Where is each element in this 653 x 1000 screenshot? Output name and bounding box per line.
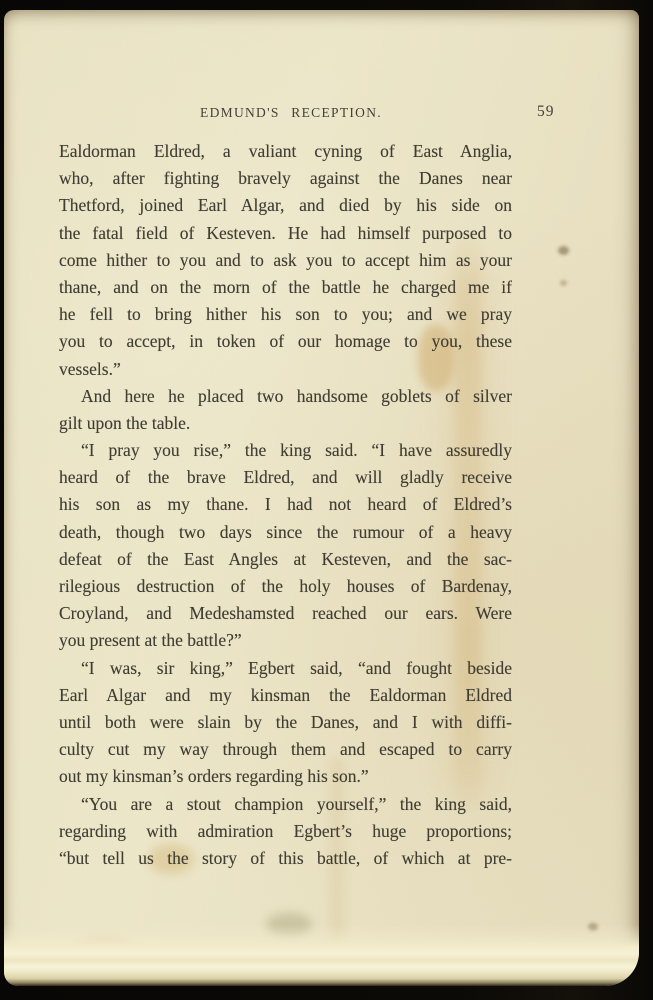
text-line: Croyland, and Medeshamsted reached our e… <box>59 600 512 627</box>
text-line: “I was, sir king,” Egbert said, “and fou… <box>59 655 512 682</box>
text-line: Ealdorman Eldred, a valiant cyning of Ea… <box>59 138 512 165</box>
text-line: “but tell us the story of this battle, o… <box>59 845 512 872</box>
text-line: he fell to bring hither his son to you; … <box>59 301 512 328</box>
book-page: EDMUND'S RECEPTION. 59 Ealdorman Eldred,… <box>4 10 639 986</box>
running-header: EDMUND'S RECEPTION. <box>55 105 527 121</box>
text-line: And here he placed two handsome goblets … <box>59 383 512 410</box>
text-line: until both were slain by the Danes, and … <box>59 709 512 736</box>
stain-dot-right <box>560 280 567 286</box>
header-title: EDMUND'S RECEPTION. <box>200 105 382 120</box>
text-line: out my kinsman’s orders regarding his so… <box>59 763 512 790</box>
text-line: death, though two days since the rumour … <box>59 519 512 546</box>
text-line: gilt upon the table. <box>59 410 512 437</box>
text-line: who, after fighting bravely against the … <box>59 165 512 192</box>
text-line: thane, and on the morn of the battle he … <box>59 274 512 301</box>
text-line: rilegious destruction of the holy houses… <box>59 573 512 600</box>
page-edge-band <box>4 924 639 986</box>
scan-background: EDMUND'S RECEPTION. 59 Ealdorman Eldred,… <box>0 0 653 1000</box>
text-line: defeat of the East Angles at Kesteven, a… <box>59 546 512 573</box>
text-line: heard of the brave Eldred, and will glad… <box>59 464 512 491</box>
text-line: regarding with admiration Egbert’s huge … <box>59 818 512 845</box>
text-line: Earl Algar and my kinsman the Ealdorman … <box>59 682 512 709</box>
text-line: come hither to you and to ask you to acc… <box>59 247 512 274</box>
text-line: you present at the battle?” <box>59 627 512 654</box>
text-line: culty cut my way through them and escape… <box>59 736 512 763</box>
text-line: vessels.” <box>59 356 512 383</box>
text-line: “You are a stout champion yourself,” the… <box>59 791 512 818</box>
text-line: the fatal field of Kesteven. He had hims… <box>59 220 512 247</box>
text-line: his son as my thane. I had not heard of … <box>59 491 512 518</box>
text-line: Thetford, joined Earl Algar, and died by… <box>59 192 512 219</box>
page-number: 59 <box>537 103 555 121</box>
text-line: you to accept, in token of our homage to… <box>59 328 512 355</box>
body-text: Ealdorman Eldred, a valiant cyning of Ea… <box>59 138 512 872</box>
stain-dot-upper-right <box>558 246 569 255</box>
text-line: “I pray you rise,” the king said. “I hav… <box>59 437 512 464</box>
